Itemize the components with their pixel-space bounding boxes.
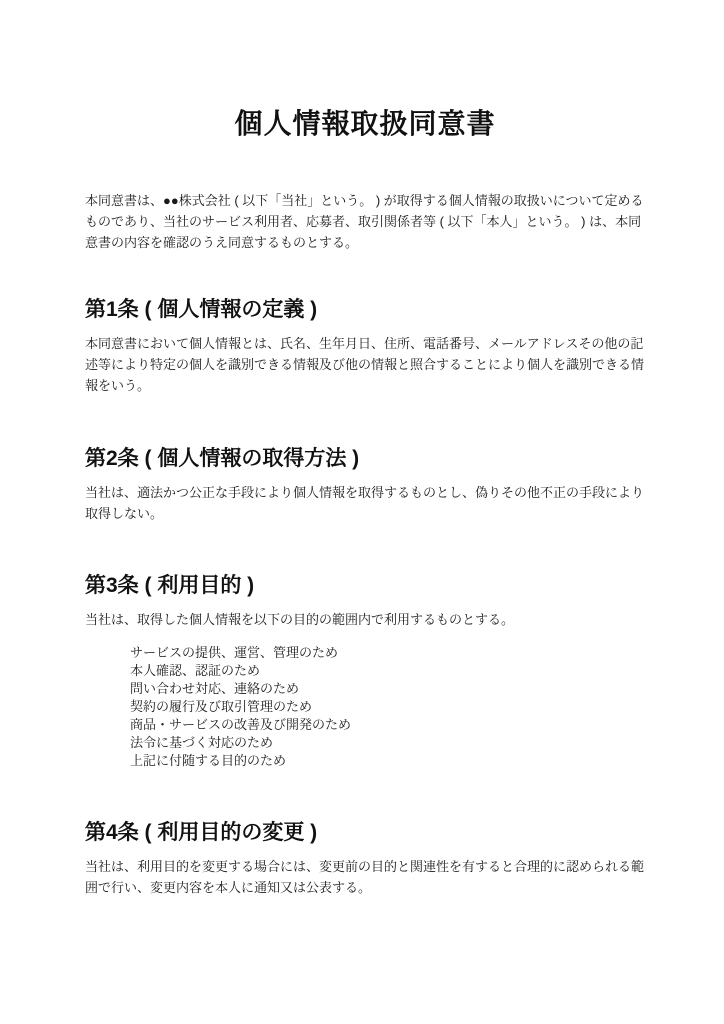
list-item: サービスの提供、運営、管理のため	[130, 644, 645, 662]
section-article-3: 第3条 ( 利用目的 ) 当社は、取得した個人情報を以下の目的の範囲内で利用する…	[85, 572, 645, 770]
document-title: 個人情報取扱同意書	[85, 106, 645, 142]
list-item: 問い合わせ対応、連絡のため	[130, 680, 645, 698]
intro-paragraph: 本同意書は、●●株式会社 ( 以下「当社」という。 ) が取得する個人情報の取扱…	[85, 190, 645, 253]
list-item: 法令に基づく対応のため	[130, 734, 645, 752]
section-heading: 第4条 ( 利用目的の変更 )	[85, 819, 645, 847]
section-body: 当社は、適法かつ公正な手段により個人情報を取得するものとし、偽りその他不正の手段…	[85, 482, 645, 524]
purpose-list: サービスの提供、運営、管理のため 本人確認、認証のため 問い合わせ対応、連絡のた…	[85, 644, 645, 770]
section-article-2: 第2条 ( 個人情報の取得方法 ) 当社は、適法かつ公正な手段により個人情報を取…	[85, 445, 645, 524]
section-article-4: 第4条 ( 利用目的の変更 ) 当社は、利用目的を変更する場合には、変更前の目的…	[85, 819, 645, 898]
section-article-1: 第1条 ( 個人情報の定義 ) 本同意書において個人情報とは、氏名、生年月日、住…	[85, 296, 645, 396]
section-body: 当社は、利用目的を変更する場合には、変更前の目的と関連性を有すると合理的に認めら…	[85, 856, 645, 898]
section-heading: 第1条 ( 個人情報の定義 )	[85, 296, 645, 324]
section-body: 本同意書において個人情報とは、氏名、生年月日、住所、電話番号、メールアドレスその…	[85, 333, 645, 396]
document-page: 個人情報取扱同意書 本同意書は、●●株式会社 ( 以下「当社」という。 ) が取…	[0, 0, 724, 1024]
list-item: 契約の履行及び取引管理のため	[130, 698, 645, 716]
section-heading: 第3条 ( 利用目的 )	[85, 572, 645, 600]
list-item: 本人確認、認証のため	[130, 662, 645, 680]
section-body: 当社は、取得した個人情報を以下の目的の範囲内で利用するものとする。	[85, 609, 645, 630]
list-item: 商品・サービスの改善及び開発のため	[130, 716, 645, 734]
section-heading: 第2条 ( 個人情報の取得方法 )	[85, 445, 645, 473]
list-item: 上記に付随する目的のため	[130, 752, 645, 770]
